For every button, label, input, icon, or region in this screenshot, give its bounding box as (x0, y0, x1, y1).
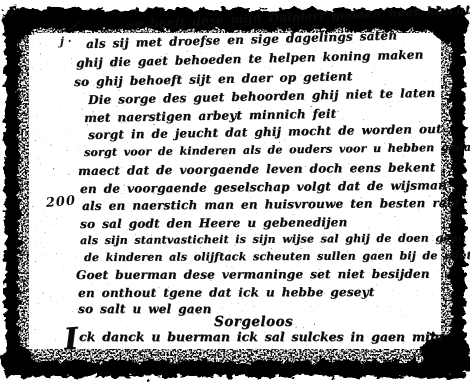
handwritten-line: so heeft dese mijn Dalmart gedaen haer k… (128, 2, 470, 31)
handwritten-line: so sal godt den Heere u gebenedijen (80, 215, 347, 231)
handwritten-line: als en naerstich man en huisvrouwe ten b… (82, 196, 460, 213)
drop-cap: I (64, 334, 79, 347)
speaker-name: Sorgeloos (214, 314, 293, 330)
handwritten-line: ghij die gaet behoeden te helpen koning … (76, 48, 424, 70)
closing-line: Ick danck u buerman ick sal sulckes in g… (64, 329, 443, 346)
handwritten-line: Die sorge des guet behoorden ghij niet t… (88, 86, 436, 107)
handwritten-line: maect dat de voorgaende leven doch eens … (78, 160, 436, 178)
handwritten-line: de kinderen als olijftack scheuten sulle… (84, 249, 470, 265)
closing-line-text: ck danck u buerman ick sal sulckes in ga… (79, 329, 443, 344)
handwritten-line: so ghij behoeft sijt en daer op getient (74, 69, 353, 89)
manuscript-page: so heeft dese mijn Dalmart gedaen haer k… (0, 0, 470, 385)
handwritten-line: so salt u wel gaen (78, 302, 211, 316)
handwritten-line: als sij met droefse en sige dagelings sa… (86, 28, 397, 51)
handwritten-line: en onthout tgene dat ick u hebbe geseyt (78, 285, 374, 300)
handwritten-line: sorgt in de jeucht dat ghij mocht de wor… (88, 122, 442, 142)
handwritten-line: met naerstigen arbeyt minnich feit (84, 107, 337, 125)
margin-note: / (68, 19, 79, 34)
margin-note-200: 200 (45, 193, 76, 211)
handwritten-line: als sijn stantvasticheit is sijn wijse s… (80, 231, 466, 248)
handwritten-line: sorgt voor de kinderen als de ouders voo… (84, 140, 470, 160)
handwritten-line: Goet buerman dese vermaninge set niet be… (76, 267, 430, 282)
handwriting-layer: so heeft dese mijn Dalmart gedaen haer k… (0, 0, 470, 385)
margin-note: j · (60, 35, 72, 48)
handwritten-line: en de voorgaende geselschap volgt dat de… (80, 178, 447, 196)
